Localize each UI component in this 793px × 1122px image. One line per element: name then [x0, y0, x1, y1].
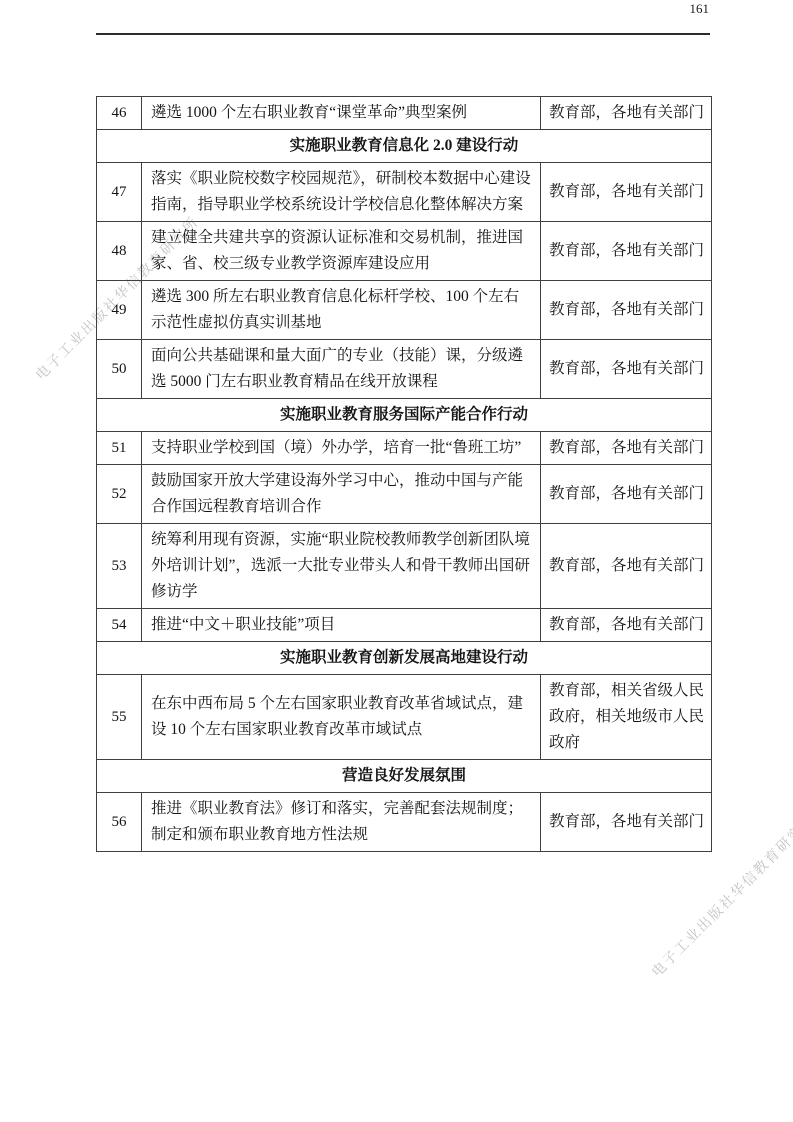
row-number: 46: [97, 97, 142, 130]
row-number: 47: [97, 163, 142, 222]
table-row: 54推进“中文＋职业技能”项目教育部，各地有关部门: [97, 609, 712, 642]
table-row: 52鼓励国家开放大学建设海外学习中心，推动中国与产能合作国远程教育培训合作教育部…: [97, 465, 712, 524]
department-text: 教育部，各地有关部门: [541, 793, 712, 852]
section-header-row: 实施职业教育创新发展高地建设行动: [97, 642, 712, 675]
row-number: 56: [97, 793, 142, 852]
section-header-row: 营造良好发展氛围: [97, 760, 712, 793]
document-page: 161 电子工业出版社华信教育研究所 电子工业出版社华信教育研究所 46遴选 1…: [0, 0, 793, 1122]
section-header-row: 实施职业教育信息化 2.0 建设行动: [97, 130, 712, 163]
table-row: 48建立健全共建共享的资源认证标准和交易机制，推进国家、省、校三级专业教学资源库…: [97, 222, 712, 281]
department-text: 教育部，各地有关部门: [541, 432, 712, 465]
task-text: 遴选 300 所左右职业教育信息化标杆学校、100 个左右示范性虚拟仿真实训基地: [142, 281, 541, 340]
row-number: 54: [97, 609, 142, 642]
table-row: 53统筹利用现有资源，实施“职业院校教师教学创新团队境外培训计划”，选派一大批专…: [97, 524, 712, 609]
header-rule: [96, 33, 710, 35]
task-text: 统筹利用现有资源，实施“职业院校教师教学创新团队境外培训计划”，选派一大批专业带…: [142, 524, 541, 609]
table-row: 55在东中西布局 5 个左右国家职业教育改革省域试点，建设 10 个左右国家职业…: [97, 675, 712, 760]
page-number: 161: [690, 1, 710, 17]
department-text: 教育部，各地有关部门: [541, 222, 712, 281]
table-row: 56推进《职业教育法》修订和落实，完善配套法规制度；制定和颁布职业教育地方性法规…: [97, 793, 712, 852]
row-number: 49: [97, 281, 142, 340]
task-text: 在东中西布局 5 个左右国家职业教育改革省域试点，建设 10 个左右国家职业教育…: [142, 675, 541, 760]
table-row: 49遴选 300 所左右职业教育信息化标杆学校、100 个左右示范性虚拟仿真实训…: [97, 281, 712, 340]
task-text: 建立健全共建共享的资源认证标准和交易机制，推进国家、省、校三级专业教学资源库建设…: [142, 222, 541, 281]
table-row: 46遴选 1000 个左右职业教育“课堂革命”典型案例教育部，各地有关部门: [97, 97, 712, 130]
task-text: 推进“中文＋职业技能”项目: [142, 609, 541, 642]
section-title: 实施职业教育服务国际产能合作行动: [97, 399, 712, 432]
department-text: 教育部，各地有关部门: [541, 609, 712, 642]
department-text: 教育部，各地有关部门: [541, 340, 712, 399]
section-title: 实施职业教育创新发展高地建设行动: [97, 642, 712, 675]
department-text: 教育部，各地有关部门: [541, 281, 712, 340]
table-row: 47落实《职业院校数字校园规范》，研制校本数据中心建设指南，指导职业学校系统设计…: [97, 163, 712, 222]
task-text: 推进《职业教育法》修订和落实，完善配套法规制度；制定和颁布职业教育地方性法规: [142, 793, 541, 852]
row-number: 48: [97, 222, 142, 281]
section-title: 实施职业教育信息化 2.0 建设行动: [97, 130, 712, 163]
department-text: 教育部，相关省级人民政府，相关地级市人民政府: [541, 675, 712, 760]
row-number: 51: [97, 432, 142, 465]
task-text: 落实《职业院校数字校园规范》，研制校本数据中心建设指南，指导职业学校系统设计学校…: [142, 163, 541, 222]
task-text: 支持职业学校到国（境）外办学，培育一批“鲁班工坊”: [142, 432, 541, 465]
table-row: 50面向公共基础课和量大面广的专业（技能）课，分级遴选 5000 门左右职业教育…: [97, 340, 712, 399]
section-title: 营造良好发展氛围: [97, 760, 712, 793]
task-text: 鼓励国家开放大学建设海外学习中心，推动中国与产能合作国远程教育培训合作: [142, 465, 541, 524]
department-text: 教育部，各地有关部门: [541, 465, 712, 524]
task-text: 遴选 1000 个左右职业教育“课堂革命”典型案例: [142, 97, 541, 130]
row-number: 52: [97, 465, 142, 524]
row-number: 53: [97, 524, 142, 609]
action-items-table: 46遴选 1000 个左右职业教育“课堂革命”典型案例教育部，各地有关部门实施职…: [96, 96, 712, 852]
department-text: 教育部，各地有关部门: [541, 97, 712, 130]
department-text: 教育部，各地有关部门: [541, 163, 712, 222]
department-text: 教育部，各地有关部门: [541, 524, 712, 609]
row-number: 55: [97, 675, 142, 760]
row-number: 50: [97, 340, 142, 399]
task-text: 面向公共基础课和量大面广的专业（技能）课，分级遴选 5000 门左右职业教育精品…: [142, 340, 541, 399]
table-row: 51支持职业学校到国（境）外办学，培育一批“鲁班工坊”教育部，各地有关部门: [97, 432, 712, 465]
table-body: 46遴选 1000 个左右职业教育“课堂革命”典型案例教育部，各地有关部门实施职…: [97, 97, 712, 852]
section-header-row: 实施职业教育服务国际产能合作行动: [97, 399, 712, 432]
